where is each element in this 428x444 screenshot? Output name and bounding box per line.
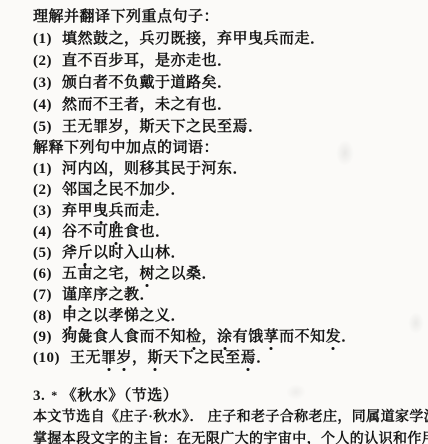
page-content: 理解并翻译下列重点句子： (1)填然鼓之，兵刃既接，弃甲曳兵而走．(2)直不百步… (0, 0, 428, 444)
list-item: (3)弃甲曳兵而走． (33, 201, 422, 222)
item-text: 邻国之民不加少． (62, 182, 186, 198)
section-title: 《秋水》（节选） (62, 388, 179, 404)
list-item: (10)王无罪岁，斯天下之民至焉． (33, 348, 422, 369)
list-item: (4)谷不可胜食也． (33, 222, 422, 243)
item-text: 五亩之宅，树之以桑． (62, 266, 217, 282)
item-number: (8) (33, 306, 52, 327)
paragraph-line: 掌握本段文字的主旨：在无限广大的宇宙中，个人的认识和作用十 (33, 429, 422, 444)
item-text: 河内凶，则移其民于河东． (62, 161, 248, 177)
emphasized-char: 树 (140, 264, 156, 285)
emphasized-char: 检 (186, 327, 202, 348)
list-item: (9)狗彘食人食而不知检，涂有饿莩而不知发． (33, 327, 422, 348)
item-text: 谷不可胜食也． (62, 224, 171, 240)
list-item: (6)五亩之宅，树之以桑． (33, 264, 422, 285)
emphasized-char: 兵 (109, 201, 125, 222)
item-text: 申之以孝悌之义． (62, 308, 186, 324)
star-mark: * (51, 388, 58, 402)
item-text: 弃甲曳兵而走． (62, 203, 171, 219)
item-number: (2) (33, 180, 52, 201)
section-explain-items: (1)河内凶，则移其民于河东．(2)邻国之民不加少．(3)弃甲曳兵而走．(4)谷… (33, 159, 422, 369)
list-item: (2)邻国之民不加少． (33, 180, 422, 201)
emphasized-char: 申 (62, 306, 78, 327)
emphasized-char: 谨 (62, 285, 78, 306)
item-text: 斧斤以时入山林． (62, 245, 186, 261)
item-text: 填然鼓之，兵刃既接，弃甲曳兵而走． (62, 31, 326, 47)
emphasized-char: 曳 (93, 201, 109, 222)
item-number: (7) (33, 285, 52, 306)
section-translate-heading: 理解并翻译下列重点句子： (33, 6, 422, 28)
item-number: (2) (33, 50, 52, 72)
item-number: (6) (33, 264, 52, 285)
item-text: 王无罪岁，斯天下之民至焉． (62, 119, 264, 135)
item-number: (5) (33, 243, 52, 264)
item-number: (3) (33, 201, 52, 222)
emphasized-char: 胜 (109, 222, 125, 243)
section-number: 3. (33, 388, 45, 404)
item-number: (4) (33, 94, 52, 116)
emphasized-char: 凶 (93, 159, 109, 180)
list-item: (7)谨庠序之教． (33, 285, 422, 306)
list-item: (5)王无罪岁，斯天下之民至焉． (33, 116, 422, 138)
item-text: 颁白者不负戴于道路矣． (62, 75, 233, 91)
scanned-page: 理解并翻译下列重点句子： (1)填然鼓之，兵刃既接，弃甲曳兵而走．(2)直不百步… (0, 0, 428, 444)
section-explain-heading: 解释下列句中加点的词语： (33, 138, 422, 159)
section-qiushui: 3.*《秋水》（节选） 本文节选自《庄子·秋水》． 庄子和老子合称老庄，同属道家… (33, 383, 422, 444)
section-qiushui-heading: 3.*《秋水》（节选） (33, 383, 422, 407)
list-item: (4)然而不王者，未之有也． (33, 94, 422, 116)
emphasized-char: 罪 (101, 348, 117, 369)
item-number: (4) (33, 222, 52, 243)
section-translate-items: (1)填然鼓之，兵刃既接，弃甲曳兵而走．(2)直不百步耳，是亦走也．(3)颁白者… (33, 28, 422, 138)
emphasized-char: 莩 (264, 327, 280, 348)
paragraph-line: 本文节选自《庄子·秋水》． 庄子和老子合称老庄，同属道家学派． (33, 407, 422, 429)
item-number: (5) (33, 116, 52, 138)
emphasized-char: 斯 (148, 348, 164, 369)
item-number: (10) (33, 348, 60, 369)
list-item: (1)填然鼓之，兵刃既接，弃甲曳兵而走． (33, 28, 422, 50)
item-text: 直不百步耳，是亦走也． (62, 53, 233, 69)
emphasized-char: 斤 (78, 243, 94, 264)
item-number: (1) (33, 28, 52, 50)
emphasized-char: 焉 (241, 348, 257, 369)
item-number: (9) (33, 327, 52, 348)
emphasized-char: 岁 (117, 348, 133, 369)
item-number: (3) (33, 72, 52, 94)
list-item: (8)申之以孝悌之义． (33, 306, 422, 327)
item-text: 狗彘食人食而不知检，涂有饿莩而不知发． (62, 329, 357, 345)
emphasized-char: 加 (140, 180, 156, 201)
list-item: (2)直不百步耳，是亦走也． (33, 50, 422, 72)
section-translate: 理解并翻译下列重点句子： (1)填然鼓之，兵刃既接，弃甲曳兵而走．(2)直不百步… (33, 6, 422, 138)
list-item: (5)斧斤以时入山林． (33, 243, 422, 264)
section-explain: 解释下列句中加点的词语： (1)河内凶，则移其民于河东．(2)邻国之民不加少．(… (33, 138, 422, 369)
item-text: 王无罪岁，斯天下之民至焉． (70, 350, 272, 366)
list-item: (1)河内凶，则移其民于河东． (33, 159, 422, 180)
list-item: (3)颁白者不负戴于道路矣． (33, 72, 422, 94)
item-text: 谨庠序之教． (62, 287, 155, 303)
emphasized-char: 发 (326, 327, 342, 348)
emphasized-char: 涂 (217, 327, 233, 348)
item-number: (1) (33, 159, 52, 180)
item-text: 然而不王者，未之有也． (62, 97, 233, 113)
